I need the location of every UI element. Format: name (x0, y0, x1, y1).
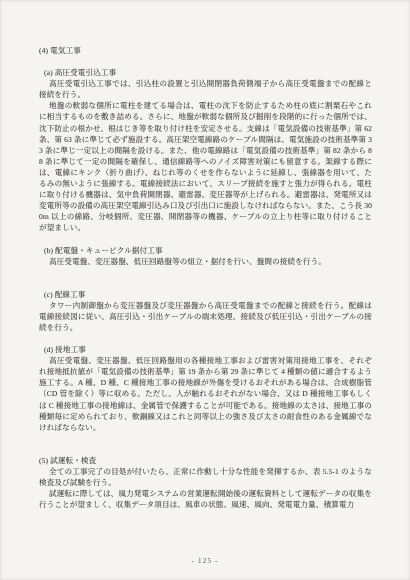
section-5-paragraph-1: 全ての工事完了の目処が付いたら、正常に作動し十分な性能を発揮するか、表 5.5-… (39, 466, 372, 488)
subsection-d-heading: (d) 接地工事 (44, 344, 372, 355)
subsection-b-heading: (b) 配電盤・キュービクル据付工事 (44, 245, 372, 256)
subsection-c-heading: (c) 配線工事 (44, 289, 372, 300)
section-4-heading: (4) 電気工事 (39, 45, 372, 56)
page-number: - 125 - (0, 556, 410, 565)
subsection-a-paragraph-2: 地盤の軟弱な個所に電柱を建てる場合は、電柱の沈下を防止するため柱の底に割栗石やこ… (39, 100, 372, 233)
subsection-a-paragraph-1: 高圧受電引込工事では、引込柱の設置と引込開閉器負荷側端子から高圧受電盤までの配線… (39, 78, 372, 100)
section-5-paragraph-2: 試運転に際しては、風力発電システムの営業運転開始後の運転資料として運転データの収… (39, 488, 372, 510)
subsection-c-paragraph-1: タワー内制御盤から変圧器盤及び変圧器盤から高圧受電盤までの配線と接続を行う。配線… (39, 300, 372, 333)
subsection-a-heading: (a) 高圧受電引込工事 (44, 67, 372, 78)
document-body: (4) 電気工事 (a) 高圧受電引込工事 高圧受電引込工事では、引込柱の設置と… (39, 45, 372, 510)
subsection-b-paragraph-1: 高圧受電盤、変圧器盤、低圧回路盤等の組立・据付を行い、盤間の接続を行う。 (39, 256, 372, 267)
subsection-d-paragraph-1: 高圧受電盤、変圧器盤、低圧回路盤用の各種接地工事および雷害対策用接地工事を、それ… (39, 355, 372, 433)
section-5-heading: (5) 試運転・検査 (39, 455, 372, 466)
scanned-document-page: (4) 電気工事 (a) 高圧受電引込工事 高圧受電引込工事では、引込柱の設置と… (0, 0, 410, 580)
